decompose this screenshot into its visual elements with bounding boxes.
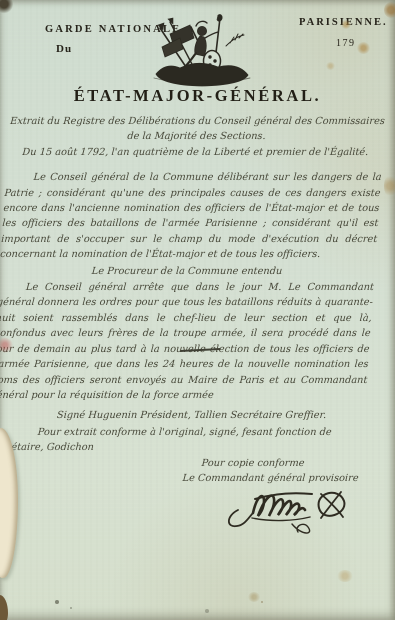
page-title: ÉTAT-MAJOR-GÉNÉRAL. [0,86,395,106]
manuscript-body: Extrait du Registre des Délibérations du… [0,114,386,486]
letterhead-year-prefix: 179 [336,38,356,49]
dirt-specks [55,600,59,604]
deliberation-paragraph: Le Conseil général de la Commune délibér… [0,170,382,262]
santerre-signature [222,468,362,538]
date-line: Du 15 août 1792, l'an quatrième de la Li… [7,145,384,160]
certification-line2: Secrétaire, Godichon [0,440,363,455]
letterhead-du-label: Du [56,43,72,55]
procureur-line: Le Procureur de la Commune entendu [0,264,376,279]
liberty-trophy-vignette-icon [150,12,254,90]
document-scan: GARDE NATIONALE PARISIENNE. Du 179 [0,0,395,620]
extract-title-line2: de la Majorité des Sections. [8,129,385,144]
signed-line: Signé Huguenin Président, Tallien Secrét… [56,408,365,423]
struck-correction: velle él [182,344,219,355]
arrete-paragraph: Le Conseil général arrête que dans le jo… [0,280,374,403]
certification-line1: Pour extrait conforme à l'original, sign… [37,425,364,440]
letterhead-right-title: PARISIENNE. [299,17,388,28]
extract-title-line1: Extrait du Registre des Délibérations du… [9,114,386,129]
